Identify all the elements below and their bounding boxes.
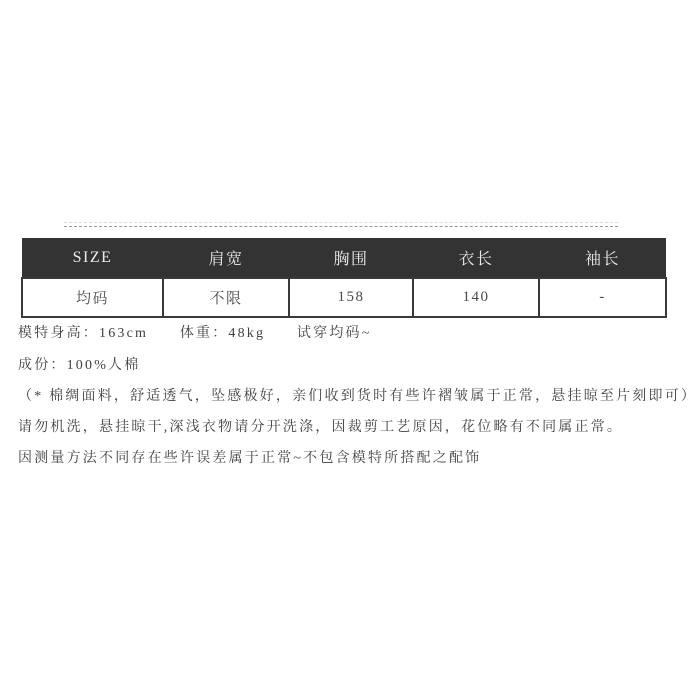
header-cell-shoulder: 肩宽 — [163, 238, 289, 278]
cell-shoulder-value: 不限 — [163, 278, 289, 317]
dashed-separator — [64, 222, 618, 227]
size-chart-page: SIZE 肩宽 胸围 衣长 袖长 均码 不限 158 140 - 模特身高：16… — [0, 0, 700, 700]
size-table-data-row: 均码 不限 158 140 - — [22, 278, 666, 317]
fabric-note-line: （* 棉绸面料，舒适透气，坠感极好，亲们收到货时有些许褶皱属于正常，悬挂晾至片刻… — [18, 385, 697, 405]
model-height: 模特身高：163cm — [18, 326, 148, 341]
header-cell-size: SIZE — [22, 238, 163, 278]
header-cell-sleeve: 袖长 — [539, 238, 666, 278]
cell-bust-value: 158 — [289, 278, 413, 317]
model-weight: 体重：48kg — [180, 326, 265, 341]
header-cell-bust: 胸围 — [289, 238, 413, 278]
model-info-line: 模特身高：163cm 体重：48kg 试穿均码~ — [18, 322, 372, 342]
header-cell-length: 衣长 — [413, 238, 539, 278]
cell-sleeve-value: - — [539, 278, 666, 317]
size-table: SIZE 肩宽 胸围 衣长 袖长 均码 不限 158 140 - — [21, 238, 667, 318]
care-note-line: 请勿机洗，悬挂晾干,深浅衣物请分开洗涤，因裁剪工艺原因，花位略有不同属正常。 — [18, 416, 623, 436]
size-table-header-row: SIZE 肩宽 胸围 衣长 袖长 — [22, 238, 666, 278]
model-fit-note: 试穿均码~ — [297, 326, 372, 341]
tolerance-note-line: 因测量方法不同存在些许误差属于正常~不包含模特所搭配之配饰 — [18, 447, 481, 467]
cell-length-value: 140 — [413, 278, 539, 317]
cell-size-value: 均码 — [22, 278, 163, 317]
composition-line: 成份：100%人棉 — [18, 354, 140, 374]
